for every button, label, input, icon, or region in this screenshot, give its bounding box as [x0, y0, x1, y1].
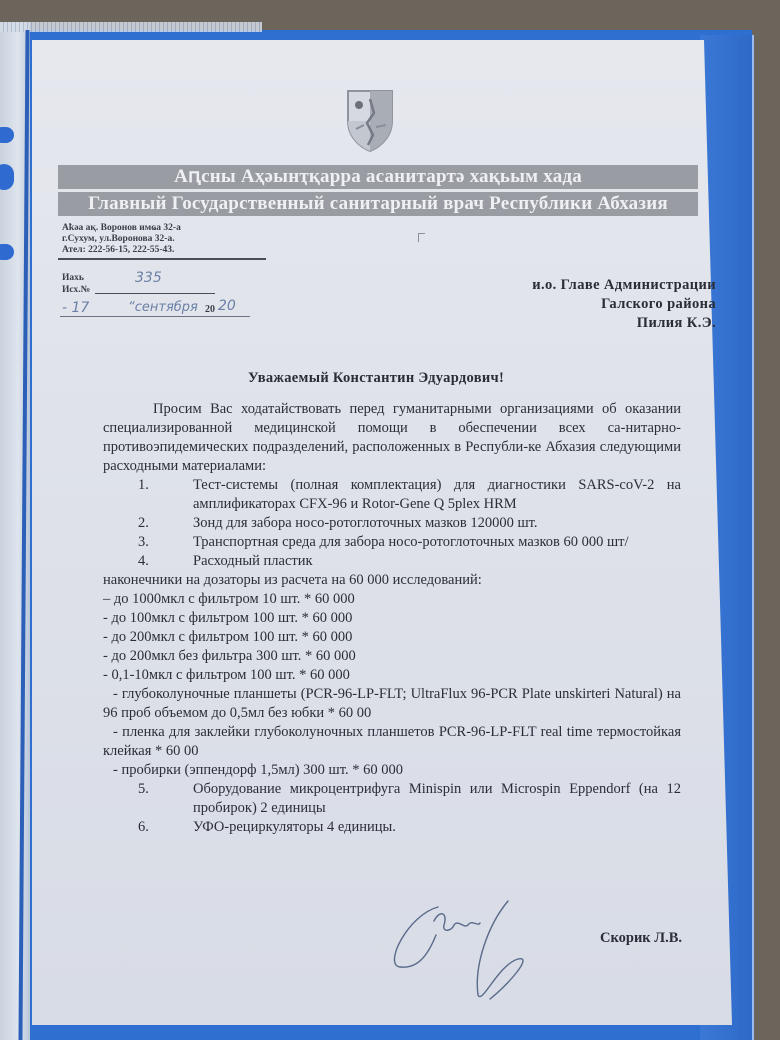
salutation: Уважаемый Константин Эдуардович! — [248, 370, 504, 387]
sleeve-top-edge — [0, 22, 262, 32]
addressee-line: Пилия К.Э. — [532, 314, 716, 333]
sender-address: Аҟәа ақ. Воронов имҩа 32-а г.Сухум, ул.В… — [62, 223, 181, 256]
list-item: 2. Зонд для забора носо-ротоглоточных ма… — [103, 514, 681, 533]
intro-paragraph: Просим Вас ходатайствовать перед гуманит… — [103, 400, 681, 476]
date-line — [60, 316, 250, 317]
outgoing-number-line — [95, 293, 215, 294]
list-item: 1. Тест-системы (полная комплектация) дл… — [103, 476, 681, 514]
punch-hole — [0, 244, 14, 260]
list-item-text: Оборудование микроцентрифуга Minispin ил… — [193, 780, 681, 818]
letterhead-banner-russian: Главный Государственный санитарный врач … — [58, 192, 698, 216]
signatory-name: Скорик Л.В. — [600, 930, 682, 947]
outgoing-label-abkhaz: Иахь — [62, 272, 90, 284]
plastic-line: - до 200мкл без фильтра 300 шт. * 60 000 — [103, 647, 681, 666]
list-item: 3. Транспортная среда для забора носо-ро… — [103, 533, 681, 552]
letter-body: Просим Вас ходатайствовать перед гуманит… — [103, 400, 681, 837]
corner-mark — [418, 233, 425, 242]
list-item-number: 6. — [103, 818, 193, 837]
letterhead-banner-abkhaz: Аԥсны Аҳәынҭқарра асанитартә хақьым хада — [58, 165, 698, 189]
addressee-block: и.о. Главе Администрации Галского района… — [532, 276, 716, 333]
list-item: 5. Оборудование микроцентрифуга Minispin… — [103, 780, 681, 818]
plastic-line: - до 100мкл с фильтром 100 шт. * 60 000 — [103, 609, 681, 628]
list-item-number: 5. — [103, 780, 193, 818]
addressee-line: Галского района — [532, 295, 716, 314]
list-item-text: Транспортная среда для забора носо-ротог… — [193, 533, 681, 552]
list-item-text: Расходный пластик — [193, 552, 681, 571]
handwritten-signature-icon — [388, 895, 588, 1005]
punch-hole — [0, 164, 14, 190]
plastic-line: - 0,1-10мкл с фильтром 100 шт. * 60 000 — [103, 666, 681, 685]
list-item-number: 4. — [103, 552, 193, 571]
list-item-text: Тест-системы (полная комплектация) для д… — [193, 476, 681, 514]
list-item-text: УФО-рециркуляторы 4 единицы. — [193, 818, 681, 837]
date-month-value: сентября — [135, 300, 198, 315]
date-month: “сентября — [128, 300, 198, 315]
address-line: Ател: 222-56-15, 222-55-43. — [62, 245, 181, 256]
list-item-number: 2. — [103, 514, 193, 533]
date-day-value: 17 — [72, 300, 90, 316]
list-item-number: 1. — [103, 476, 193, 514]
list-item-text: Зонд для забора носо-ротоглоточных мазко… — [193, 514, 681, 533]
list-item: 6. УФО-рециркуляторы 4 единицы. — [103, 818, 681, 837]
address-line: Аҟәа ақ. Воронов имҩа 32-а — [62, 223, 181, 234]
outgoing-labels: Иахь Исх.№ — [62, 272, 90, 296]
list-item-text-value: Тест-системы (полная комплектация) для д… — [193, 477, 681, 512]
punch-hole — [0, 127, 14, 143]
outgoing-number: 335 — [135, 270, 162, 286]
list-item: 4. Расходный пластик — [103, 552, 681, 571]
addressee-line: и.о. Главе Администрации — [532, 276, 716, 295]
plastic-line: – до 1000мкл с фильтром 10 шт. * 60 000 — [103, 590, 681, 609]
film-line: - пленка для заклейки глубоколуночных пл… — [103, 723, 681, 761]
address-divider — [58, 258, 266, 260]
plates-line: - глубоколуночные планшеты (PCR-96-LP-FL… — [103, 685, 681, 723]
list-item-number: 3. — [103, 533, 193, 552]
plastic-line: - до 200мкл с фильтром 100 шт. * 60 000 — [103, 628, 681, 647]
date-year: 20 — [218, 298, 236, 314]
address-line: г.Сухум, ул.Воронова 32-а. — [62, 234, 181, 245]
coat-of-arms-icon — [340, 85, 400, 155]
date-day: - 17 — [62, 300, 89, 316]
tubes-line: - пробирки (эппендорф 1,5мл) 300 шт. * 6… — [103, 761, 681, 780]
outgoing-label-russian: Исх.№ — [62, 284, 90, 296]
date-year-prefix: 20 — [205, 304, 215, 315]
plastic-intro: наконечники на дозаторы из расчета на 60… — [103, 571, 681, 590]
